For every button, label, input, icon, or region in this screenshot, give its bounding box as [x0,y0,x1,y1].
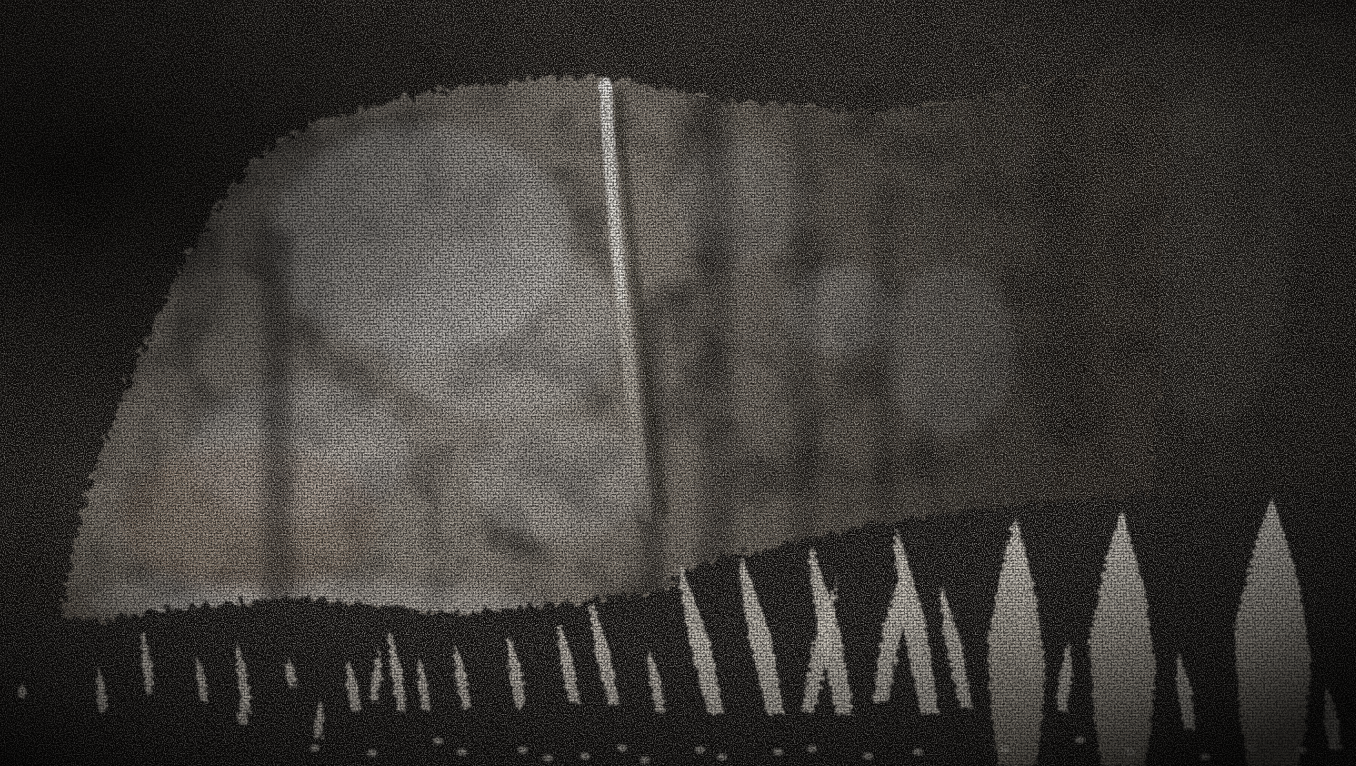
corner-shade-top-left [0,0,1356,766]
sonar-photograph [0,0,1356,766]
